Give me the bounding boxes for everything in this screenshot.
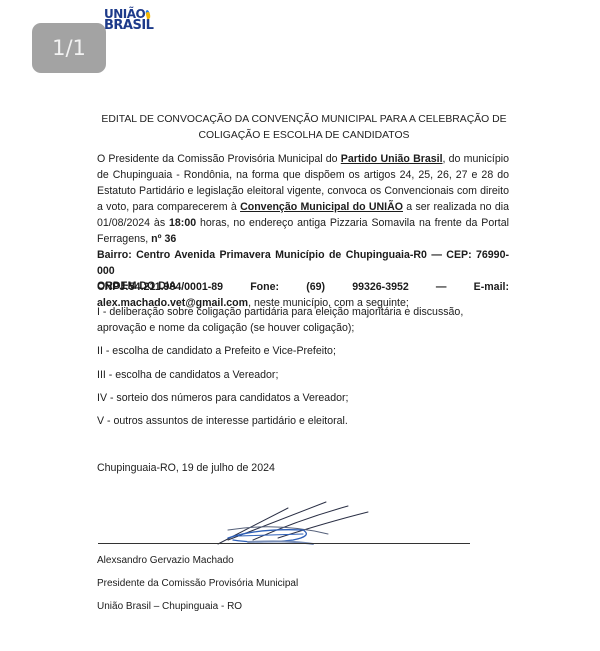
phone-label: Fone: — [250, 279, 279, 295]
signer-org: União Brasil – Chupinguaia - RO — [97, 599, 242, 615]
uniao-brasil-logo: UNIÃO BRASIL — [104, 8, 150, 38]
intro-text-1: O Presidente da Comissão Provisória Muni… — [97, 153, 341, 165]
page-counter-badge: 1/1 — [32, 23, 106, 73]
signature-line — [98, 543, 470, 544]
dash: — — [436, 279, 447, 295]
signer-role: Presidente da Comissão Provisória Munici… — [97, 576, 298, 592]
agenda-item-2: II - escolha de candidato a Prefeito e V… — [97, 343, 509, 359]
meeting-time: 18:00 — [169, 217, 196, 229]
agenda-item-3: III - escolha de candidatos a Vereador; — [97, 367, 509, 383]
agenda-item-5: V - outros assuntos de interesse partidá… — [97, 413, 509, 429]
agenda-heading: ORDEM DO DIA — [97, 278, 176, 294]
agenda-item-1: I - deliberação sobre coligação partidár… — [97, 304, 509, 336]
place-and-date: Chupinguaia-RO, 19 de julho de 2024 — [97, 460, 275, 476]
title-line-1: EDITAL DE CONVOCAÇÃO DA CONVENÇÃO MUNICI… — [97, 112, 511, 128]
signer-name: Alexsandro Gervazio Machado — [97, 553, 234, 569]
document-title: EDITAL DE CONVOCAÇÃO DA CONVENÇÃO MUNICI… — [97, 112, 511, 144]
phone-area: (69) — [306, 279, 325, 295]
email-label: E-mail: — [474, 279, 509, 295]
convention-name: Convenção Municipal do UNIÃO — [240, 201, 403, 213]
title-line-2: COLIGAÇÃO E ESCOLHA DE CANDIDATOS — [97, 128, 511, 144]
signature-area — [98, 500, 470, 546]
logo-text-line2: BRASIL — [104, 20, 150, 32]
agenda-item-4: IV - sorteio dos números para candidatos… — [97, 390, 509, 406]
address-line: Bairro: Centro Avenida Primavera Municíp… — [97, 247, 509, 279]
address-number: nº 36 — [151, 233, 176, 245]
phone-number: 99326-3952 — [352, 279, 409, 295]
logo-swoosh-icon — [145, 9, 151, 19]
address-text: Bairro: Centro Avenida Primavera Municíp… — [97, 247, 509, 279]
party-name: Partido União Brasil — [341, 153, 443, 165]
signature-icon — [98, 500, 470, 546]
